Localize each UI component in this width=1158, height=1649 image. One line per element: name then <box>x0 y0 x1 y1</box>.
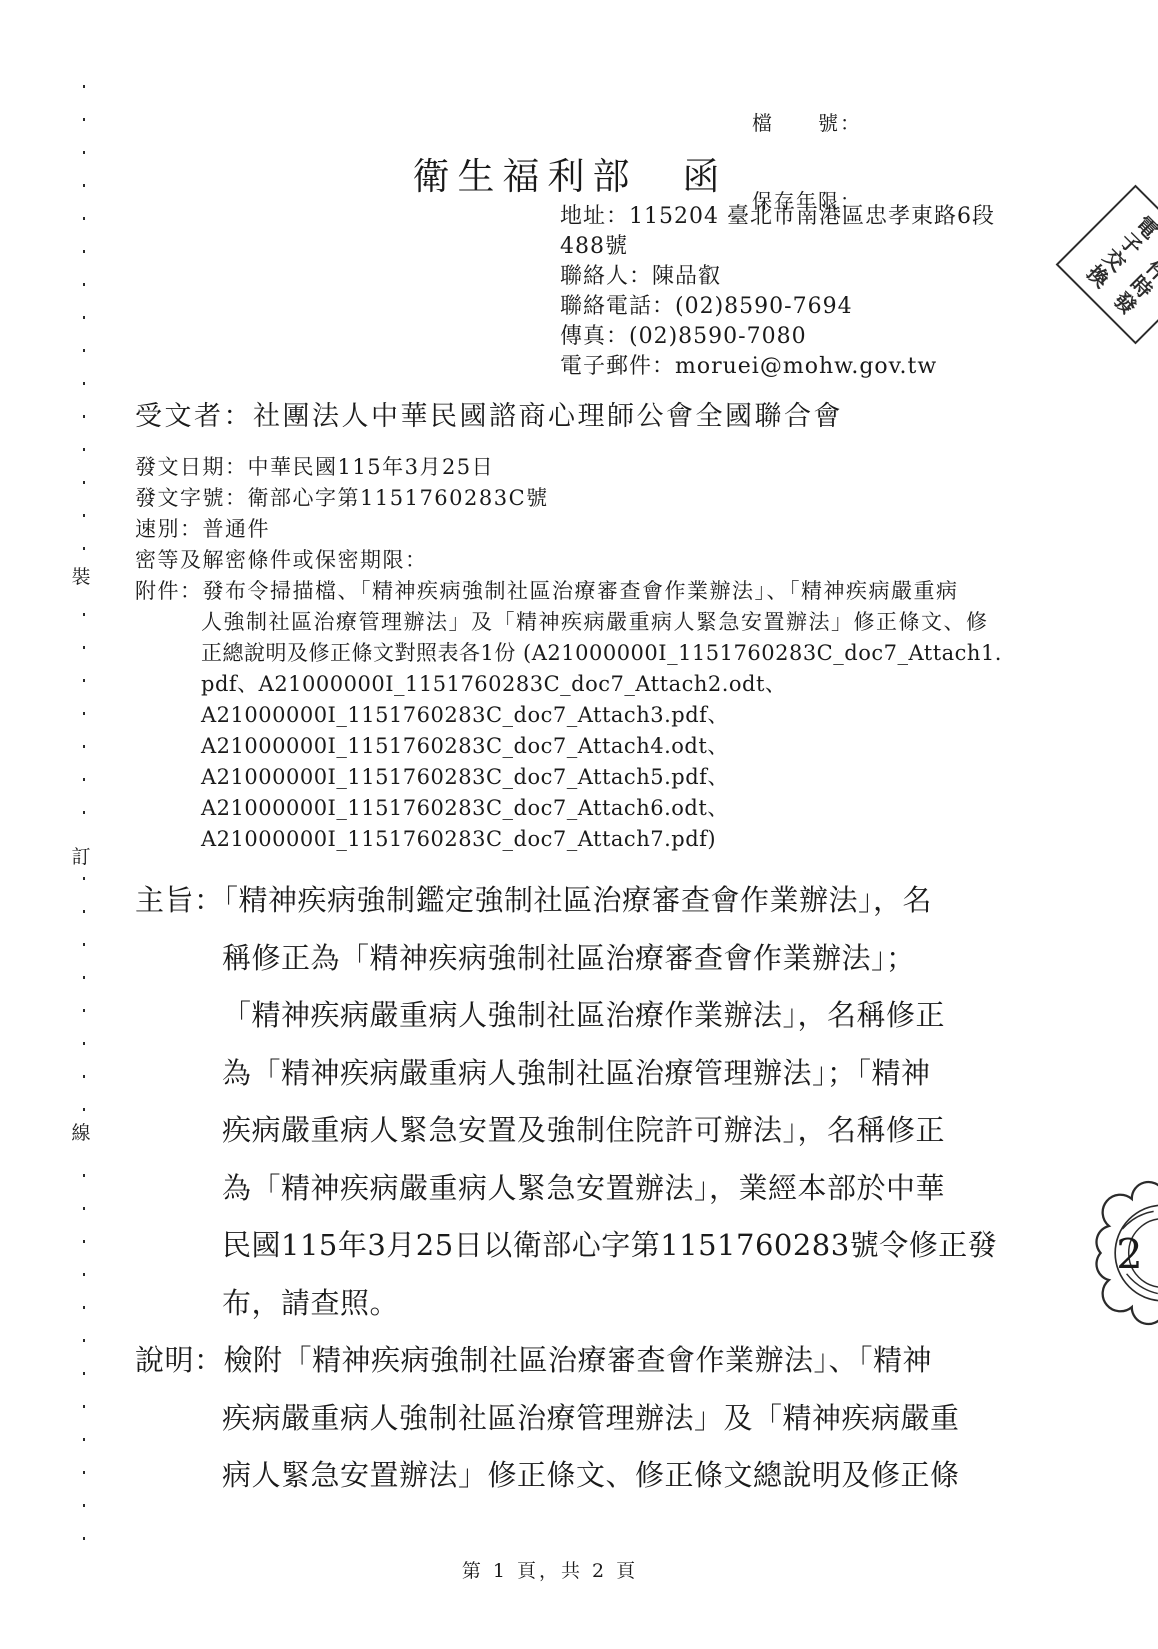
attachment-filename: A21000000I_1151760283C_doc7_Attach4.odt、 <box>135 731 1002 762</box>
attachment-line: 人強制社區治療管理辦法」及「精神疾病嚴重病人緊急安置辦法」修正條文、修 <box>135 607 1002 638</box>
binding-mark-xian: 線 <box>70 1114 92 1149</box>
letter-body: 主旨：「精神疾病強制鑑定強制社區治療審查會作業辦法」，名 稱修正為「精神疾病強制… <box>135 872 997 1505</box>
subject-line: 「精神疾病嚴重病人強制社區治療作業辦法」，名稱修正 <box>135 987 997 1045</box>
sender-fax: 傳真：(02)8590-7080 <box>560 322 995 352</box>
document-number: 發文字號：衛部心字第1151760283C號 <box>135 483 1002 514</box>
binding-dotted-line <box>83 85 85 1547</box>
binding-mark-ding: 訂 <box>70 838 92 873</box>
description-line: 病人緊急安置辦法」修正條文、修正條文總說明及修正條 <box>135 1447 997 1505</box>
sender-address-line1: 地址：115204 臺北市南港區忠孝東路6段 <box>560 202 995 232</box>
subject-line: 布，請查照。 <box>135 1275 997 1333</box>
subject-line: 為「精神疾病嚴重病人強制社區治療管理辦法」；「精神 <box>135 1045 997 1103</box>
attachment-filename: A21000000I_1151760283C_doc7_Attach6.odt、 <box>135 793 1002 824</box>
subject-line: 稱修正為「精神疾病強制社區治療審查會作業辦法」； <box>135 930 997 988</box>
attachment-filename: A21000000I_1151760283C_doc7_Attach3.pdf、 <box>135 700 1002 731</box>
attachment-line: 附件：發布令掃描檔、「精神疾病強制社區治療審查會作業辦法」、「精神疾病嚴重病 <box>135 576 1002 607</box>
flower-page-seal: 2 <box>1085 1175 1158 1331</box>
sender-info-block: 地址：115204 臺北市南港區忠孝東路6段 488號 聯絡人：陳品叡 聯絡電話… <box>560 202 995 382</box>
sender-phone: 聯絡電話：(02)8590-7694 <box>560 292 995 322</box>
official-letter-page: 裝 訂 線 檔 號： 保存年限： 電子交換 文件時發 衛生福利部 函 地址：11… <box>0 0 1158 1649</box>
file-number-label: 檔 號： <box>752 110 862 136</box>
attachment-filename: A21000000I_1151760283C_doc7_Attach5.pdf、 <box>135 762 1002 793</box>
electronic-exchange-stamp: 電子交換 文件時發 <box>1056 185 1158 345</box>
subject-line: 主旨：「精神疾病強制鑑定強制社區治療審查會作業辦法」，名 <box>135 872 997 930</box>
attachment-filename: A21000000I_1151760283C_doc7_Attach7.pdf) <box>135 824 1002 855</box>
description-line: 說明：檢附「精神疾病強制社區治療審查會作業辦法」、「精神 <box>135 1332 997 1390</box>
binding-mark-zhuang: 裝 <box>70 558 92 593</box>
seal-page-number: 2 <box>1116 1230 1142 1279</box>
sender-contact-person: 聯絡人：陳品叡 <box>560 262 995 292</box>
security-class: 密等及解密條件或保密期限： <box>135 545 1002 576</box>
description-line: 疾病嚴重病人強制社區治療管理辦法」及「精神疾病嚴重 <box>135 1390 997 1448</box>
subject-line: 疾病嚴重病人緊急安置及強制住院許可辦法」，名稱修正 <box>135 1102 997 1160</box>
speed-class: 速別：普通件 <box>135 514 1002 545</box>
subject-line: 為「精神疾病嚴重病人緊急安置辦法」，業經本部於中華 <box>135 1160 997 1218</box>
page-footer: 第 1 頁，共 2 頁 <box>0 1556 1100 1583</box>
attachment-filename: pdf、A21000000I_1151760283C_doc7_Attach2.… <box>135 669 1002 700</box>
attachment-line: 正總說明及修正條文對照表各1份 (A21000000I_1151760283C_… <box>135 638 1002 669</box>
subject-line: 民國115年3月25日以衛部心字第1151760283號令修正發 <box>135 1217 997 1275</box>
sender-email: 電子郵件：moruei@mohw.gov.tw <box>560 352 995 382</box>
issue-date: 發文日期：中華民國115年3月25日 <box>135 452 1002 483</box>
document-title: 衛生福利部 函 <box>0 146 1140 200</box>
sender-address-line2: 488號 <box>560 232 995 262</box>
document-info-block: 發文日期：中華民國115年3月25日 發文字號：衛部心字第1151760283C… <box>135 452 1002 855</box>
recipient-line: 受文者：社團法人中華民國諮商心理師公會全國聯合會 <box>135 394 843 433</box>
